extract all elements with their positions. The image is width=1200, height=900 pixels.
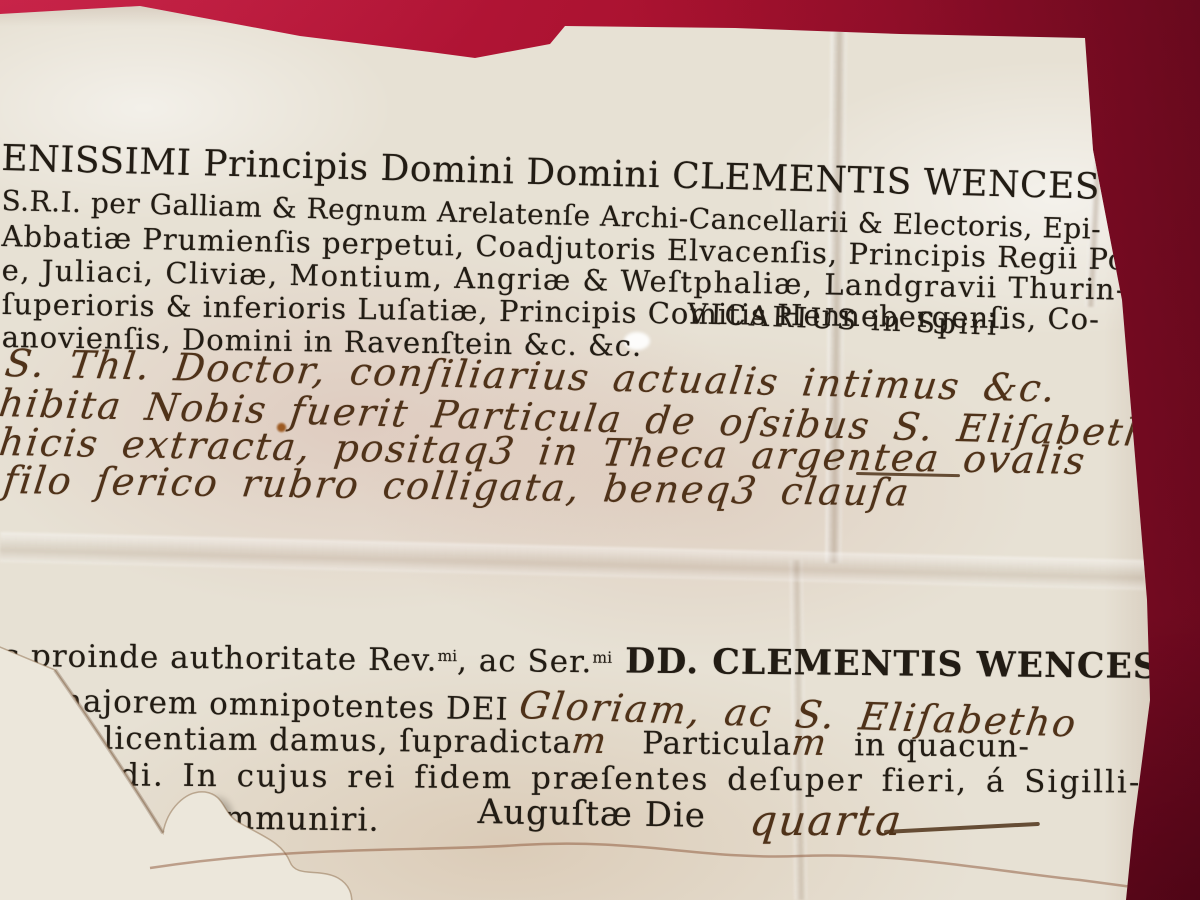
lower-line3-c: in quacun- (854, 727, 1030, 765)
lower-line3-handwritten-m1: m (570, 721, 611, 762)
lower-line3-handwritten-m2: m (790, 723, 831, 764)
horizontal-fold-crease (0, 532, 1145, 590)
photograph-of-document: ENISSIMI Principis Domini Domini CLEMENT… (0, 0, 1200, 900)
parchment-document: ENISSIMI Principis Domini Domini CLEMENT… (0, 0, 1200, 900)
lower-line3-b: Particula (642, 725, 792, 762)
ink-dash-after-date (884, 822, 1040, 834)
lower-line1-b-superscript: mi (592, 649, 612, 667)
water-stain-line (150, 844, 1140, 888)
lower-line1-a: c proinde authoritate Rev. (2, 638, 438, 679)
lower-line1-a-superscript: mi (437, 647, 457, 665)
lower-line3-a: tum licentiam damus, ſupradicta (28, 720, 573, 761)
lower-line5-date-script: quarta (750, 796, 903, 845)
lower-line5-augustae-die: Auguſtæ Die (477, 792, 706, 836)
lower-line5-fragment: n (105, 800, 126, 836)
lower-line1-b: , ac Ser. (457, 643, 593, 680)
lower-line5-date-text: quarta (747, 796, 905, 845)
lower-line1-c: DD. CLEMENTIS WENCESLAI (612, 640, 1200, 687)
